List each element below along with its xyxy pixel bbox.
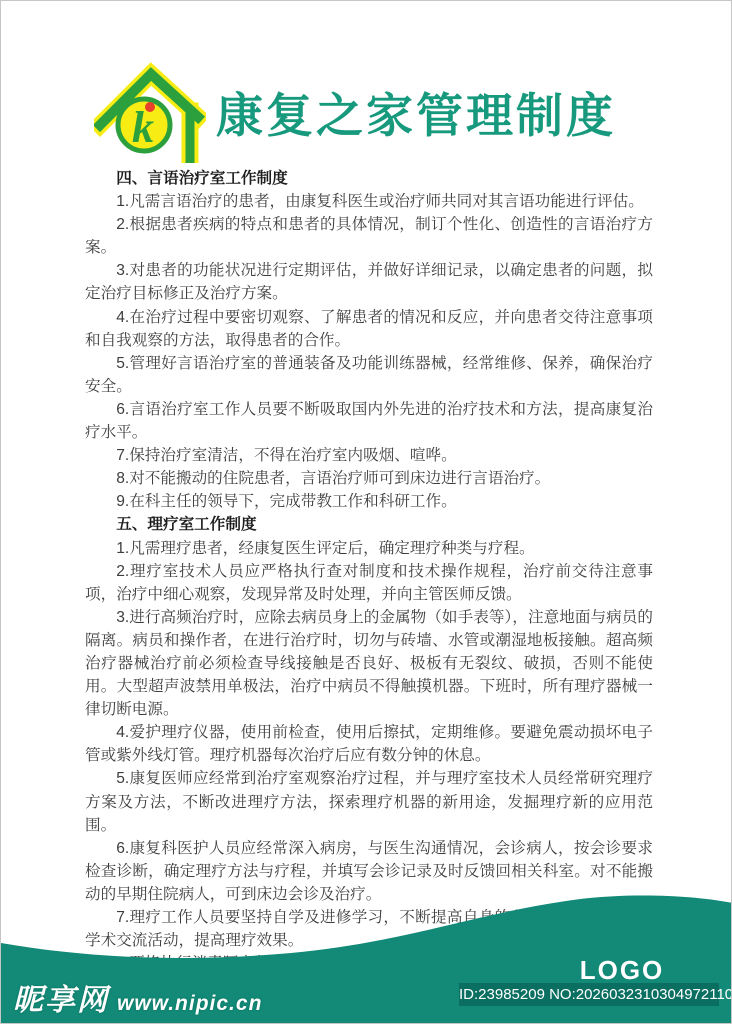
section-heading: 五、理疗室工作制度 [85, 513, 653, 536]
watermark-site-name: 昵享网 [13, 975, 109, 1019]
rule-item: 5.管理好言语治疗室的普通装备及功能训练器械，经常维修、保养，确保治疗安全。 [85, 352, 653, 398]
watermark-site-url: www.nipic.cn [117, 992, 262, 1016]
id-number-bar: ID:23985209 NO:20260323103049721107 [459, 983, 719, 1006]
rule-item: 5.康复医师应经常到治疗室观察治疗过程，并与理疗室技术人员经常研究理疗方案及方法… [85, 767, 653, 836]
footer: LOGO ID:23985209 NO:20260323103049721107… [1, 883, 732, 1023]
rule-item: 2.根据患者疾病的特点和患者的具体情况，制订个性化、创造性的言语治疗方案。 [85, 213, 653, 259]
watermark: 昵享网 www.nipic.cn [13, 975, 262, 1019]
rule-item: 1.凡需言语治疗的患者，由康复科医生或治疗师共同对其言语功能进行评估。 [85, 190, 653, 213]
section-heading: 四、言语治疗室工作制度 [85, 167, 653, 190]
rule-item: 9.在科主任的领导下，完成带教工作和科研工作。 [85, 490, 653, 513]
header: k 康复之家管理制度 [94, 61, 616, 163]
rule-item: 3.对患者的功能状况进行定期评估，并做好详细记录，以确定患者的问题，拟定治疗目标… [85, 259, 653, 305]
house-logo-icon: k [94, 61, 206, 163]
rule-item: 7.保持治疗室清洁，不得在治疗室内吸烟、喧哗。 [85, 444, 653, 467]
rule-item: 4.在治疗过程中要密切观察、了解患者的情况和反应，并向患者交待注意事项和自我观察… [85, 306, 653, 352]
rule-item: 8.对不能搬动的住院患者，言语治疗师可到床边进行言语治疗。 [85, 467, 653, 490]
footer-logo-text: LOGO [567, 955, 677, 986]
document-body: 四、言语治疗室工作制度1.凡需言语治疗的患者，由康复科医生或治疗师共同对其言语功… [85, 167, 653, 975]
rule-item: 1.凡需理疗患者，经康复医生评定后，确定理疗种类与疗程。 [85, 537, 653, 560]
page-title: 康复之家管理制度 [216, 79, 616, 146]
rule-item: 2.理疗室技术人员应严格执行查对制度和技术操作规程，治疗前交待注意事项，治疗中细… [85, 560, 653, 606]
rule-item: 3.进行高频治疗时，应除去病员身上的金属物（如手表等），注意地面与病员的隔离。病… [85, 606, 653, 721]
rule-item: 6.言语治疗室工作人员要不断吸取国内外先进的治疗技术和方法，提高康复治疗水平。 [85, 398, 653, 444]
poster-page: k 康复之家管理制度 四、言语治疗室工作制度1.凡需言语治疗的患者，由康复科医生… [0, 0, 732, 1024]
rule-item: 4.爱护理疗仪器，使用前检查，使用后擦拭，定期维修。要避免震动损坏电子管或紫外线… [85, 721, 653, 767]
